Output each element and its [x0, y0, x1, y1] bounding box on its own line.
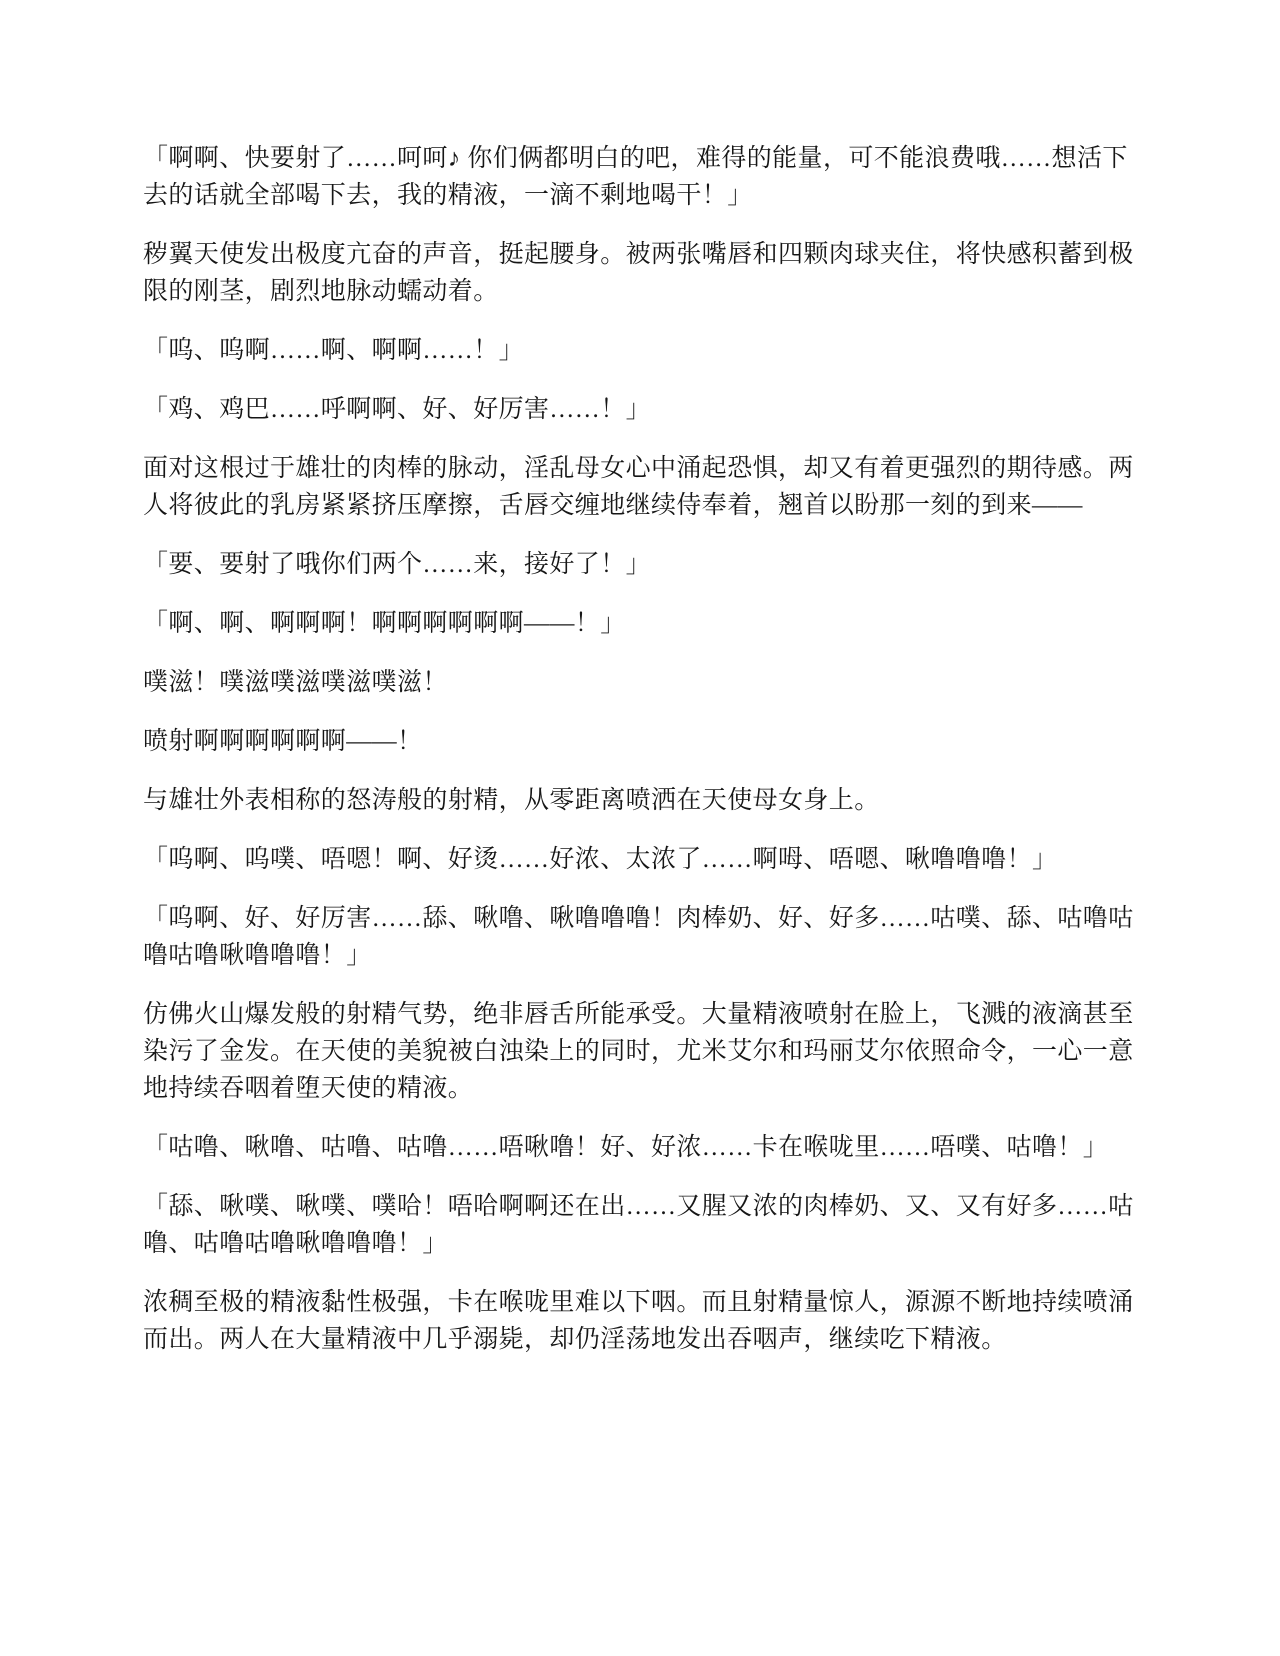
- paragraph: 「要、要射了哦你们两个……来，接好了！」: [143, 546, 1152, 583]
- paragraph: 「啊、啊、啊啊啊！啊啊啊啊啊啊——！」: [143, 605, 1152, 642]
- paragraph: 「咕噜、啾噜、咕噜、咕噜……唔啾噜！好、好浓……卡在喉咙里……唔噗、咕噜！」: [143, 1129, 1152, 1166]
- paragraph: 与雄壮外表相称的怒涛般的射精，从零距离喷洒在天使母女身上。: [143, 782, 1152, 819]
- paragraph: 「呜啊、呜噗、唔嗯！啊、好烫……好浓、太浓了……啊呣、唔嗯、啾噜噜噜！」: [143, 841, 1152, 878]
- paragraph: 「舔、啾噗、啾噗、噗哈！唔哈啊啊还在出……又腥又浓的肉棒奶、又、又有好多……咕噜…: [143, 1188, 1152, 1262]
- paragraph: 「呜啊、好、好厉害……舔、啾噜、啾噜噜噜！肉棒奶、好、好多……咕噗、舔、咕噜咕噜…: [143, 900, 1152, 974]
- paragraph: 「呜、呜啊……啊、啊啊……！」: [143, 332, 1152, 369]
- paragraph: 喷射啊啊啊啊啊啊——！: [143, 723, 1152, 760]
- paragraph: 浓稠至极的精液黏性极强，卡在喉咙里难以下咽。而且射精量惊人，源源不断地持续喷涌而…: [143, 1284, 1152, 1358]
- text-content: 「啊啊、快要射了……呵呵♪ 你们俩都明白的吧，难得的能量，可不能浪费哦……想活下…: [143, 140, 1152, 1358]
- paragraph: 面对这根过于雄壮的肉棒的脉动，淫乱母女心中涌起恐惧，却又有着更强烈的期待感。两人…: [143, 450, 1152, 524]
- document-page: 「啊啊、快要射了……呵呵♪ 你们俩都明白的吧，难得的能量，可不能浪费哦……想活下…: [0, 0, 1280, 1656]
- paragraph: 秽翼天使发出极度亢奋的声音，挺起腰身。被两张嘴唇和四颗肉球夹住，将快感积蓄到极限…: [143, 236, 1152, 310]
- paragraph: 噗滋！噗滋噗滋噗滋噗滋！: [143, 664, 1152, 701]
- paragraph: 「鸡、鸡巴……呼啊啊、好、好厉害……！」: [143, 391, 1152, 428]
- paragraph: 「啊啊、快要射了……呵呵♪ 你们俩都明白的吧，难得的能量，可不能浪费哦……想活下…: [143, 140, 1152, 214]
- paragraph: 仿佛火山爆发般的射精气势，绝非唇舌所能承受。大量精液喷射在脸上，飞溅的液滴甚至染…: [143, 996, 1152, 1107]
